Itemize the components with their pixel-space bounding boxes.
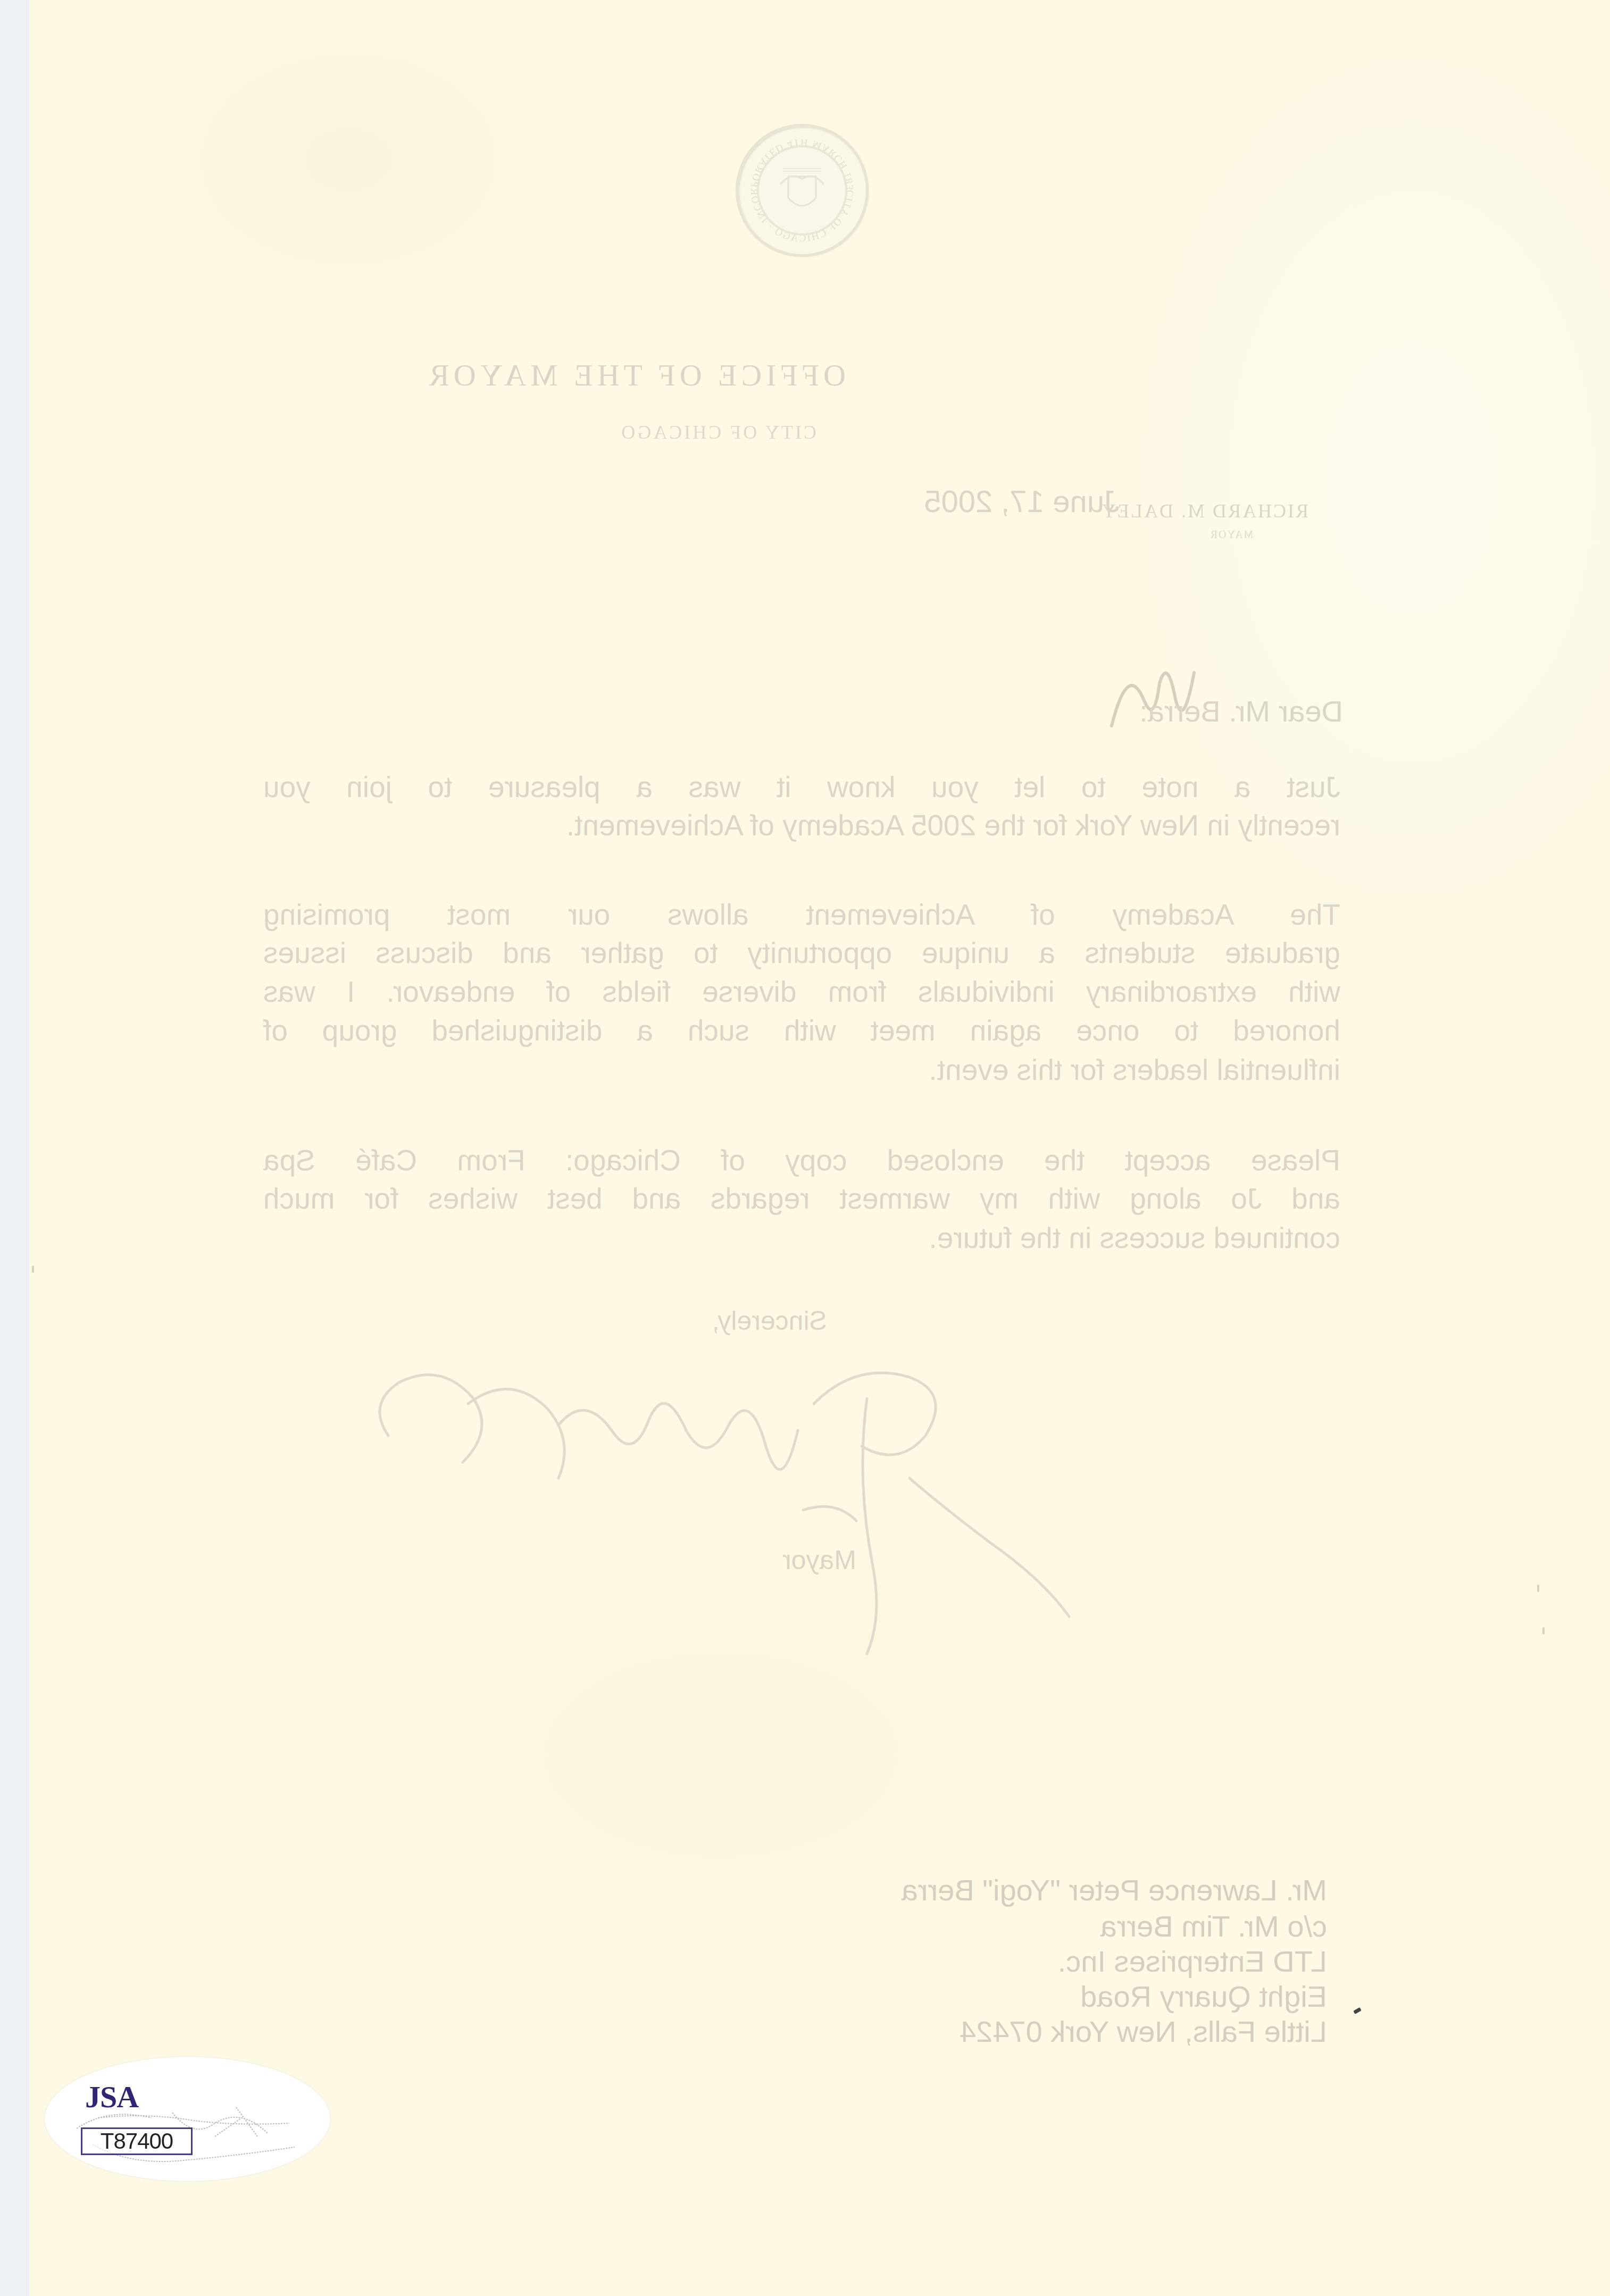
certificate-number-box: T87400 (81, 2127, 193, 2155)
body-line: The Academy of Achievement allows our mo… (263, 898, 1340, 932)
body-line: with extraordinary individuals from dive… (263, 975, 1340, 1009)
letter-closing: Sincerely, (753, 1305, 827, 1336)
body-line: recently in New York for the 2005 Academ… (263, 808, 1340, 842)
seal-shield-icon (759, 147, 845, 233)
body-line: influential leaders for this event. (263, 1053, 1340, 1087)
body-line: Please accept the enclosed copy of Chica… (263, 1143, 1340, 1177)
address-line: Mr. Lawrence Peter "Yogi" Berra (811, 1873, 1327, 1907)
letterhead-mayor-name: RICHARD M. DALEY (1154, 500, 1308, 522)
body-line: and Jo along with my warmest regards and… (263, 1181, 1340, 1216)
signature-icon (335, 1340, 1133, 1659)
letterhead-office: OFFICE OF THE MAYOR (548, 357, 846, 393)
letterhead-mayor-title: MAYOR (1207, 529, 1255, 541)
address-line: Little Falls, New York 07424 (811, 2014, 1327, 2049)
address-line: LTD Enterprises Inc. (811, 1944, 1327, 1979)
jsa-authentication-sticker: JSA T87400 (45, 2057, 330, 2181)
signer-title: Mayor (787, 1545, 856, 1576)
certificate-number: T87400 (82, 2129, 191, 2153)
seal-center (757, 145, 847, 236)
paper-speck (32, 1266, 34, 1273)
address-line: c/o Mr. Tim Berra (811, 1909, 1327, 1943)
city-seal-icon: CITY OF CHICAGO · INCORPORATED 4TH MARCH… (736, 124, 869, 257)
body-line: graduate students a unique opportunity t… (263, 936, 1340, 970)
letter-date: June 17, 2005 (960, 484, 1120, 519)
letterhead-city: CITY OF CHICAGO (657, 421, 816, 443)
body-line: continued success in the future. (263, 1221, 1340, 1255)
paper-speck (1542, 1627, 1545, 1635)
paper-speck (1537, 1585, 1539, 1592)
scan-margin (0, 0, 29, 2296)
jsa-logo: JSA (85, 2079, 138, 2115)
body-line: Just a note to let you know it was a ple… (263, 770, 1340, 804)
body-line: honored to once again meet with such a d… (263, 1013, 1340, 1048)
address-line: Eight Quarry Road (811, 1979, 1327, 2014)
letter-salutation: Dear Mr. Berra: (1104, 694, 1343, 728)
